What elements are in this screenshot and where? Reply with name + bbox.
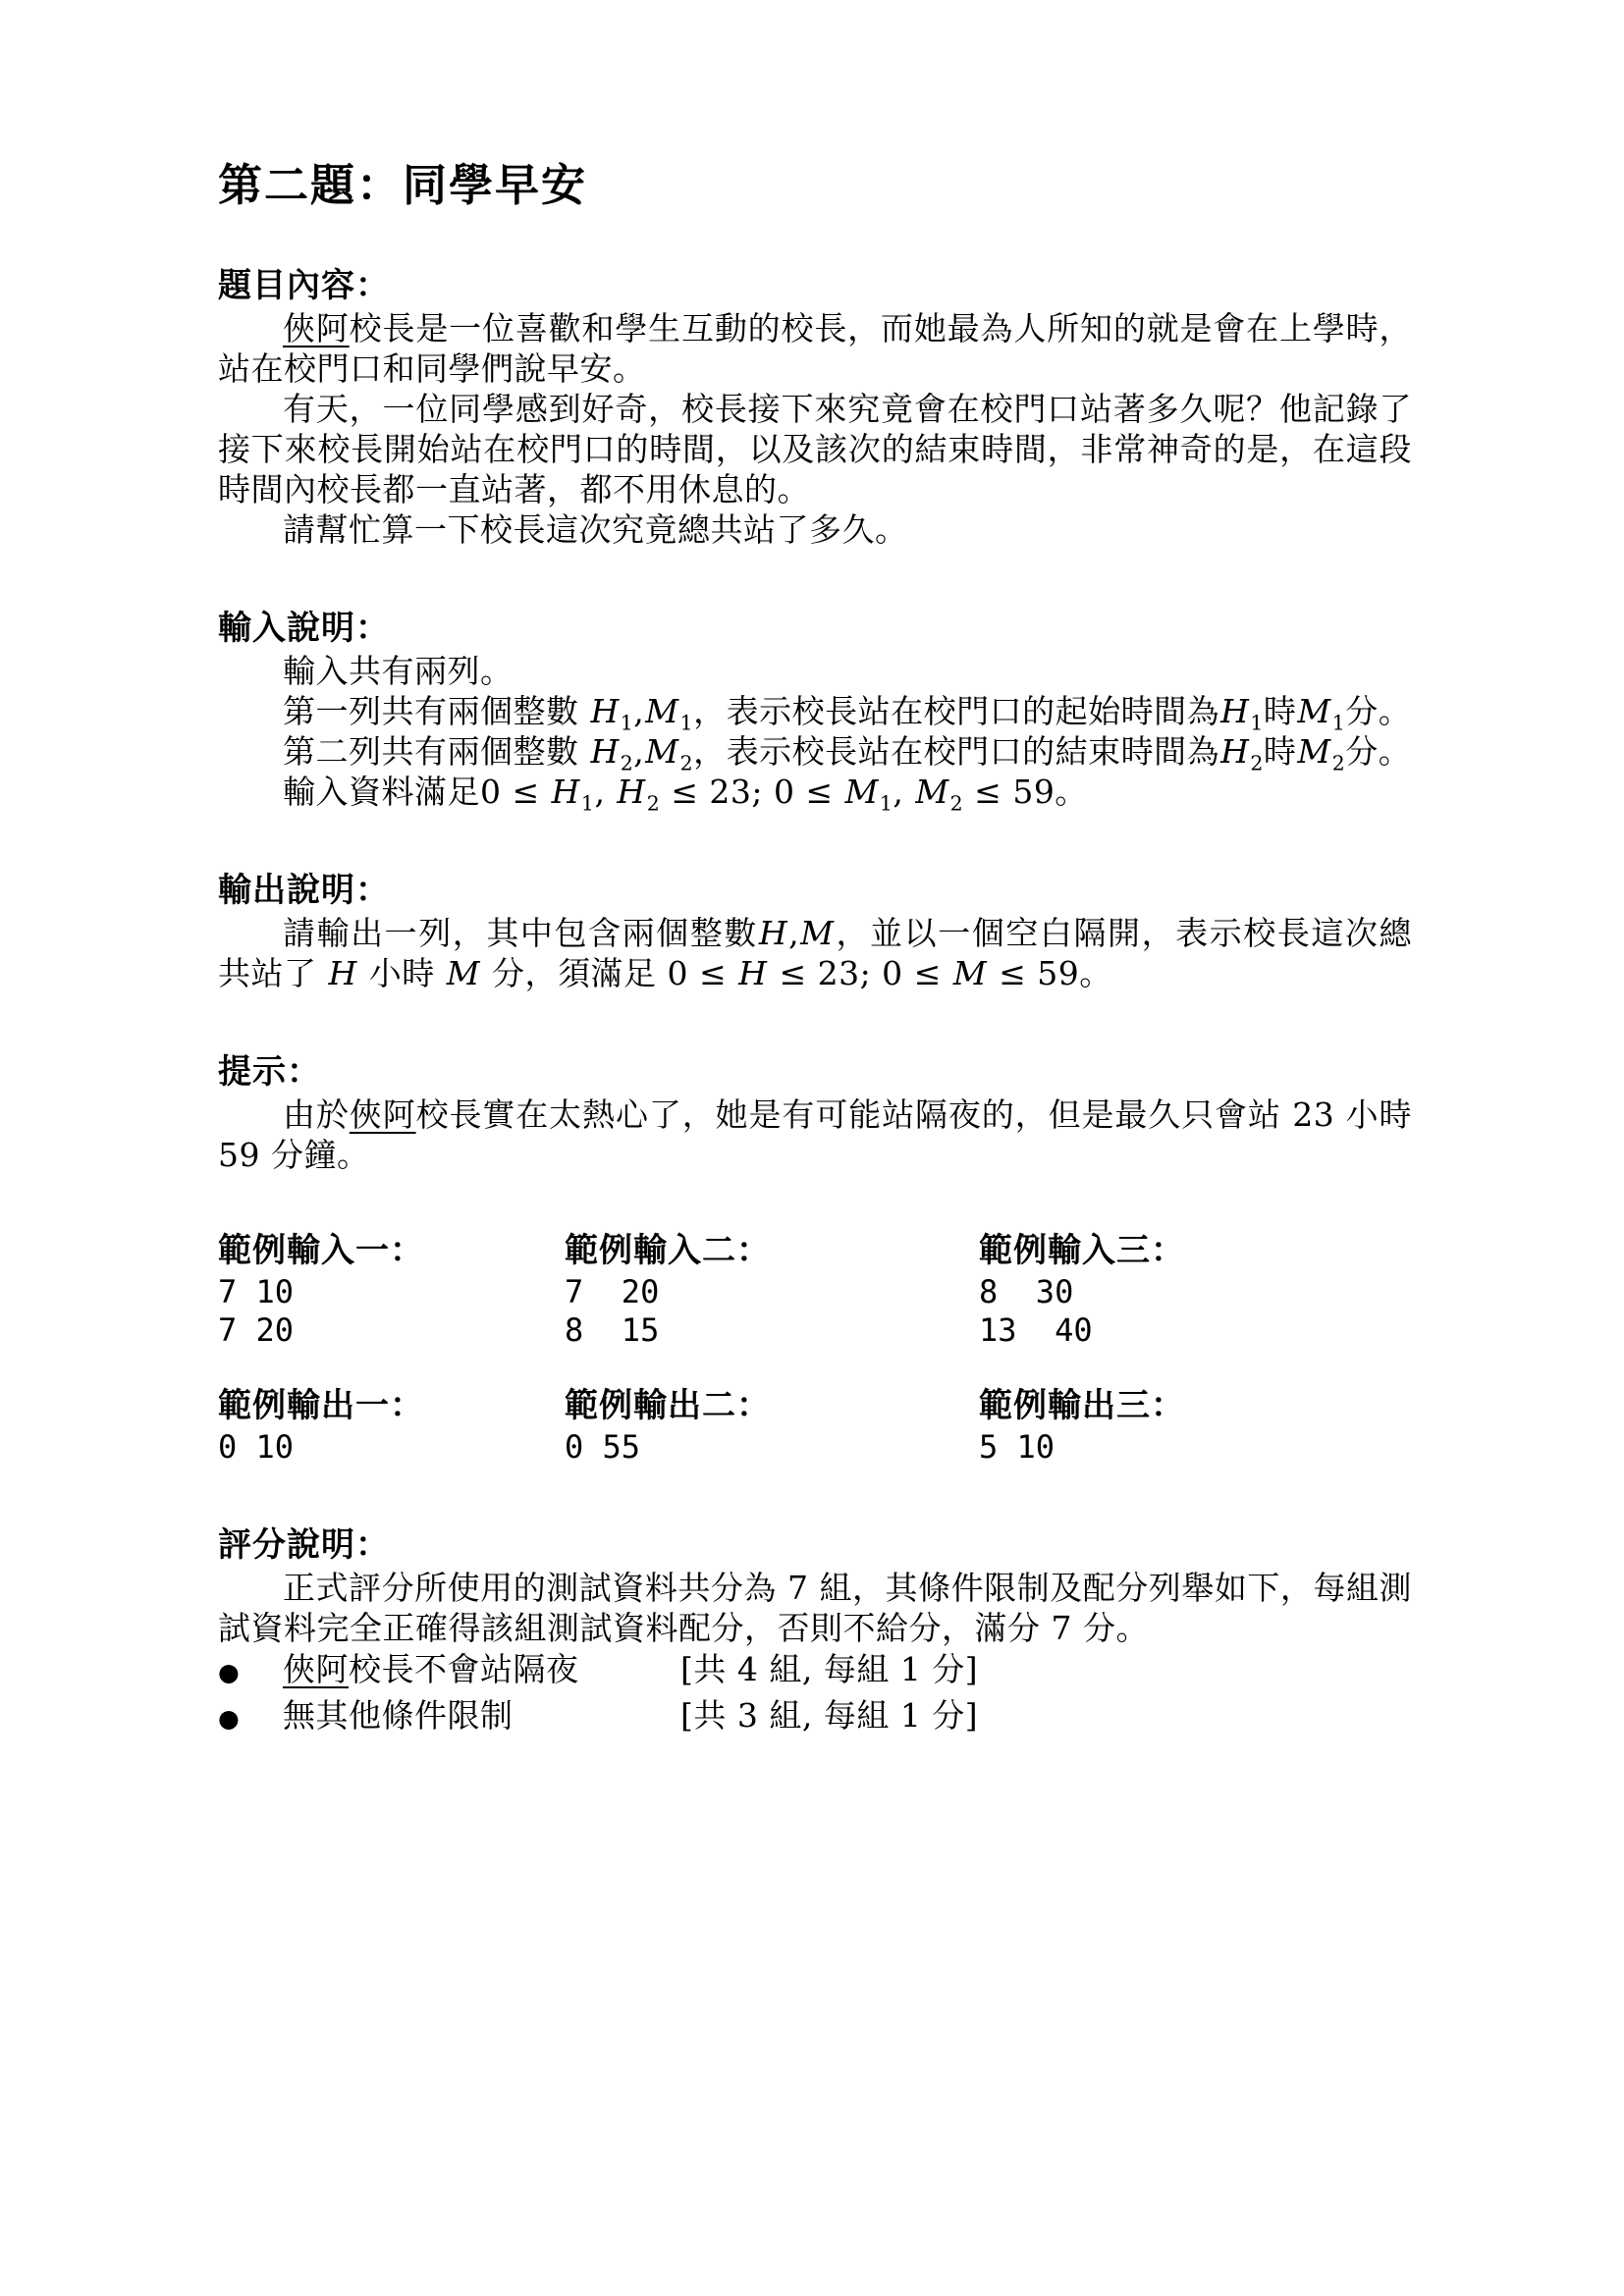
sample-input-1-line-1: 7 10: [218, 1273, 565, 1311]
sample-input-3-line-2: 13 40: [979, 1311, 1412, 1350]
input-spec-line-4: 輸入資料滿足0 ≤ H1, H2 ≤ 23; 0 ≤ M1, M2 ≤ 59。: [218, 772, 1412, 812]
document-content: 第二題：同學早安 題目內容： 俠阿校長是一位喜歡和學生互動的校長，而她最為人所知…: [0, 0, 1624, 1740]
input-spec-line-3: 第二列共有兩個整數 H2,M2，表示校長站在校門口的結束時間為H2時M2分。: [218, 731, 1412, 772]
sample-input-1: 範例輸入一： 7 10 7 20: [218, 1228, 565, 1350]
sample-input-3: 範例輸入三： 8 30 13 40: [979, 1228, 1412, 1350]
scoring-bullet-1: ● 俠阿校長不會站隔夜 [共 4 組, 每組 1 分]: [218, 1648, 1412, 1694]
input-spec-line-1: 輸入共有兩列。: [218, 651, 1412, 691]
scoring-bullet-1-label: 俠阿校長不會站隔夜: [283, 1648, 680, 1691]
sample-input-2-line-1: 7 20: [565, 1273, 979, 1311]
sample-output-2-line-1: 0 55: [565, 1428, 979, 1467]
sample-input-2-heading: 範例輸入二：: [565, 1228, 979, 1273]
sample-output-2-heading: 範例輸出二：: [565, 1383, 979, 1428]
page-title: 第二題：同學早安: [218, 157, 1412, 214]
sample-input-3-line-1: 8 30: [979, 1273, 1412, 1311]
sample-inputs-row: 範例輸入一： 7 10 7 20 範例輸入二： 7 20 8 15 範例輸入三：…: [218, 1228, 1412, 1350]
sample-outputs-row: 範例輸出一： 0 10 範例輸出二： 0 55 範例輸出三： 5 10: [218, 1383, 1412, 1467]
scoring-bullet-2-label: 無其他條件限制: [283, 1694, 680, 1737]
hint-paragraph: 由於俠阿校長實在太熱心了，她是有可能站隔夜的，但是最久只會站 23 小時 59 …: [218, 1095, 1412, 1175]
sample-output-3-line-1: 5 10: [979, 1428, 1412, 1467]
problem-paragraph-3: 請幫忙算一下校長這次究竟總共站了多久。: [218, 509, 1412, 550]
sample-output-3-heading: 範例輸出三：: [979, 1383, 1412, 1428]
sample-input-1-heading: 範例輸入一：: [218, 1228, 565, 1273]
heading-hint: 提示：: [218, 1049, 1412, 1095]
input-spec-line-2: 第一列共有兩個整數 H1,M1，表示校長站在校門口的起始時間為H1時M1分。: [218, 691, 1412, 731]
sample-output-1-line-1: 0 10: [218, 1428, 565, 1467]
section-scoring: 評分說明： 正式評分所使用的測試資料共分為 7 組，其條件限制及配分列舉如下，每…: [218, 1522, 1412, 1740]
bullet-icon: ●: [218, 1651, 283, 1694]
problem-paragraph-2: 有天，一位同學感到好奇，校長接下來究竟會在校門口站著多久呢？他記錄了接下來校長開…: [218, 389, 1412, 509]
problem-paragraph-1: 俠阿校長是一位喜歡和學生互動的校長，而她最為人所知的就是會在上學時，站在校門口和…: [218, 308, 1412, 389]
heading-output-spec: 輸出說明：: [218, 868, 1412, 913]
sample-input-2-line-2: 8 15: [565, 1311, 979, 1350]
scoring-bullet-2-score: [共 3 組, 每組 1 分]: [680, 1694, 978, 1737]
section-hint: 提示： 由於俠阿校長實在太熱心了，她是有可能站隔夜的，但是最久只會站 23 小時…: [218, 1049, 1412, 1175]
sample-input-3-heading: 範例輸入三：: [979, 1228, 1412, 1273]
scoring-bullet-1-score: [共 4 組, 每組 1 分]: [680, 1648, 978, 1691]
scoring-paragraph: 正式評分所使用的測試資料共分為 7 組，其條件限制及配分列舉如下，每組測試資料完…: [218, 1568, 1412, 1648]
section-problem: 題目內容： 俠阿校長是一位喜歡和學生互動的校長，而她最為人所知的就是會在上學時，…: [218, 263, 1412, 550]
section-output-spec: 輸出說明： 請輸出一列，其中包含兩個整數H,M，並以一個空白隔開，表示校長這次總…: [218, 868, 1412, 993]
heading-problem: 題目內容：: [218, 263, 1412, 308]
section-input-spec: 輸入說明： 輸入共有兩列。 第一列共有兩個整數 H1,M1，表示校長站在校門口的…: [218, 606, 1412, 812]
sample-input-1-line-2: 7 20: [218, 1311, 565, 1350]
bullet-icon: ●: [218, 1697, 283, 1740]
sample-output-1-heading: 範例輸出一：: [218, 1383, 565, 1428]
output-spec-paragraph: 請輸出一列，其中包含兩個整數H,M，並以一個空白隔開，表示校長這次總共站了 H …: [218, 913, 1412, 993]
heading-input-spec: 輸入說明：: [218, 606, 1412, 651]
sample-output-1: 範例輸出一： 0 10: [218, 1383, 565, 1467]
heading-scoring: 評分說明：: [218, 1522, 1412, 1568]
scoring-bullet-2: ● 無其他條件限制 [共 3 組, 每組 1 分]: [218, 1694, 1412, 1740]
sample-input-2: 範例輸入二： 7 20 8 15: [565, 1228, 979, 1350]
sample-output-2: 範例輸出二： 0 55: [565, 1383, 979, 1467]
sample-output-3: 範例輸出三： 5 10: [979, 1383, 1412, 1467]
document-page: 第二題：同學早安 題目內容： 俠阿校長是一位喜歡和學生互動的校長，而她最為人所知…: [0, 0, 1624, 2296]
